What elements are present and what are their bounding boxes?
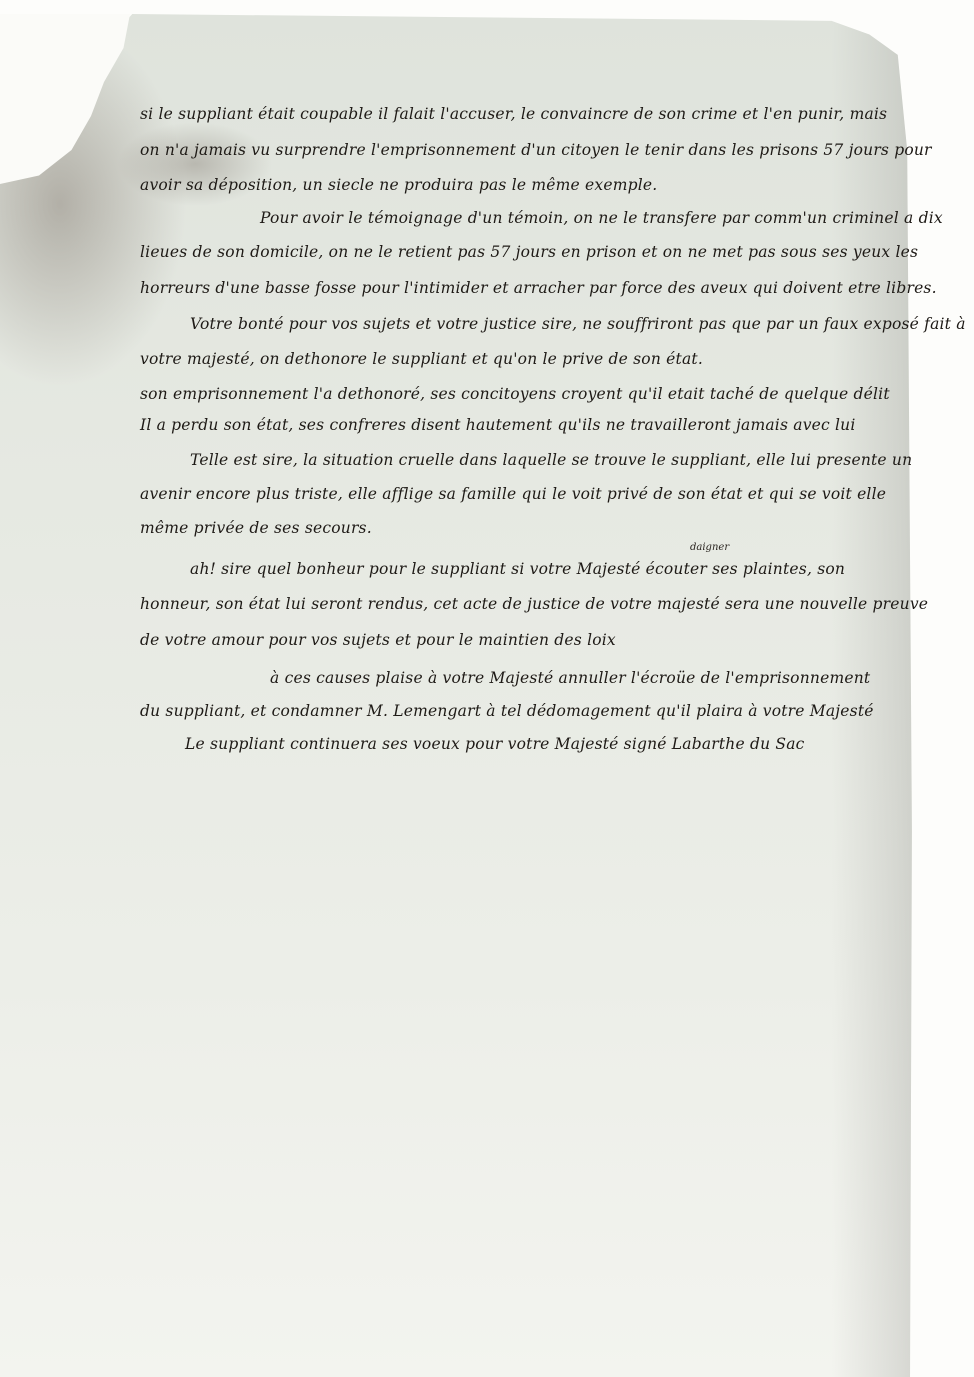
manuscript-line: si le suppliant était coupable il falait… (140, 105, 887, 123)
scanned-page: si le suppliant était coupable il falait… (0, 0, 974, 1377)
manuscript-line: Il a perdu son état, ses confreres disen… (140, 416, 856, 434)
manuscript-line: ah! sire quel bonheur pour le suppliant … (190, 560, 845, 578)
manuscript-line: on n'a jamais vu surprendre l'emprisonne… (140, 141, 932, 159)
manuscript-line: du suppliant, et condamner M. Lemengart … (140, 702, 874, 720)
manuscript-line: honneur, son état lui seront rendus, cet… (140, 595, 928, 613)
manuscript-line: horreurs d'une basse fosse pour l'intimi… (140, 279, 937, 297)
manuscript-line: son emprisonnement l'a dethonoré, ses co… (140, 385, 890, 403)
manuscript-line: lieues de son domicile, on ne le retient… (140, 243, 918, 261)
manuscript-line: de votre amour pour vos sujets et pour l… (140, 631, 616, 649)
manuscript-line: à ces causes plaise à votre Majesté annu… (270, 669, 870, 687)
manuscript-line: avoir sa déposition, un siecle ne produi… (140, 176, 657, 194)
manuscript-line: Telle est sire, la situation cruelle dan… (190, 451, 912, 469)
manuscript-line: avenir encore plus triste, elle afflige … (140, 485, 886, 503)
manuscript-line: Pour avoir le témoignage d'un témoin, on… (260, 209, 943, 227)
manuscript-line: même privée de ses secours. (140, 519, 372, 537)
manuscript-line: Votre bonté pour vos sujets et votre jus… (190, 315, 966, 333)
manuscript-line: votre majesté, on dethonore le suppliant… (140, 350, 703, 368)
manuscript-line: Le suppliant continuera ses voeux pour v… (185, 735, 805, 753)
interlinear-insertion: daigner (690, 542, 729, 553)
